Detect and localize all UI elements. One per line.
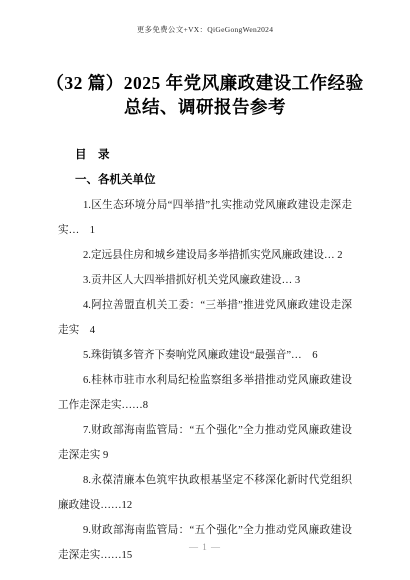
document-page: 更多免费公文+VX：QiGeGongWen2024 （32 篇）2025 年党风… [0, 0, 410, 580]
promo-note: 更多免费公文+VX：QiGeGongWen2024 [0, 0, 410, 35]
toc-item: 1.区生态环境分局“四举措”扎实推动党风廉政建设走深走实… 1 [58, 193, 352, 243]
document-title: （32 篇）2025 年党风廉政建设工作经验 总结、调研报告参考 [0, 71, 410, 119]
toc-item: 6.桂林市驻市水利局纪检监察组多举措推动党风廉政建设工作走深走实……8 [58, 368, 352, 418]
document-title-line-1: （32 篇）2025 年党风廉政建设工作经验 [0, 71, 410, 95]
toc-item: 8.永葆清廉本色筑牢执政根基坚定不移深化新时代党组织廉政建设……12 [58, 468, 352, 518]
toc-item: 3.贡井区人大四举措抓好机关党风廉政建设… 3 [58, 268, 352, 293]
toc-list: 1.区生态环境分局“四举措”扎实推动党风廉政建设走深走实… 12.定远县住房和城… [58, 193, 352, 568]
toc-item: 2.定远县住房和城乡建设局多举措抓实党风廉政建设… 2 [58, 243, 352, 268]
section-heading: 一、各机关单位 [58, 168, 352, 193]
toc-item: 4.阿拉善盟直机关工委：“三举措”推进党风廉政建设走深走实 4 [58, 293, 352, 343]
toc-heading: 目 录 [58, 143, 352, 168]
toc-item: 7.财政部海南监管局：“五个强化”全力推动党风廉政建设走深走实 9 [58, 418, 352, 468]
document-title-line-2: 总结、调研报告参考 [0, 95, 410, 119]
page-number: — 1 — [0, 542, 410, 552]
table-of-contents: 目 录 一、各机关单位 1.区生态环境分局“四举措”扎实推动党风廉政建设走深走实… [58, 143, 352, 568]
toc-item: 5.珠街镇多管齐下奏响党风廉政建设“最强音”… 6 [58, 343, 352, 368]
